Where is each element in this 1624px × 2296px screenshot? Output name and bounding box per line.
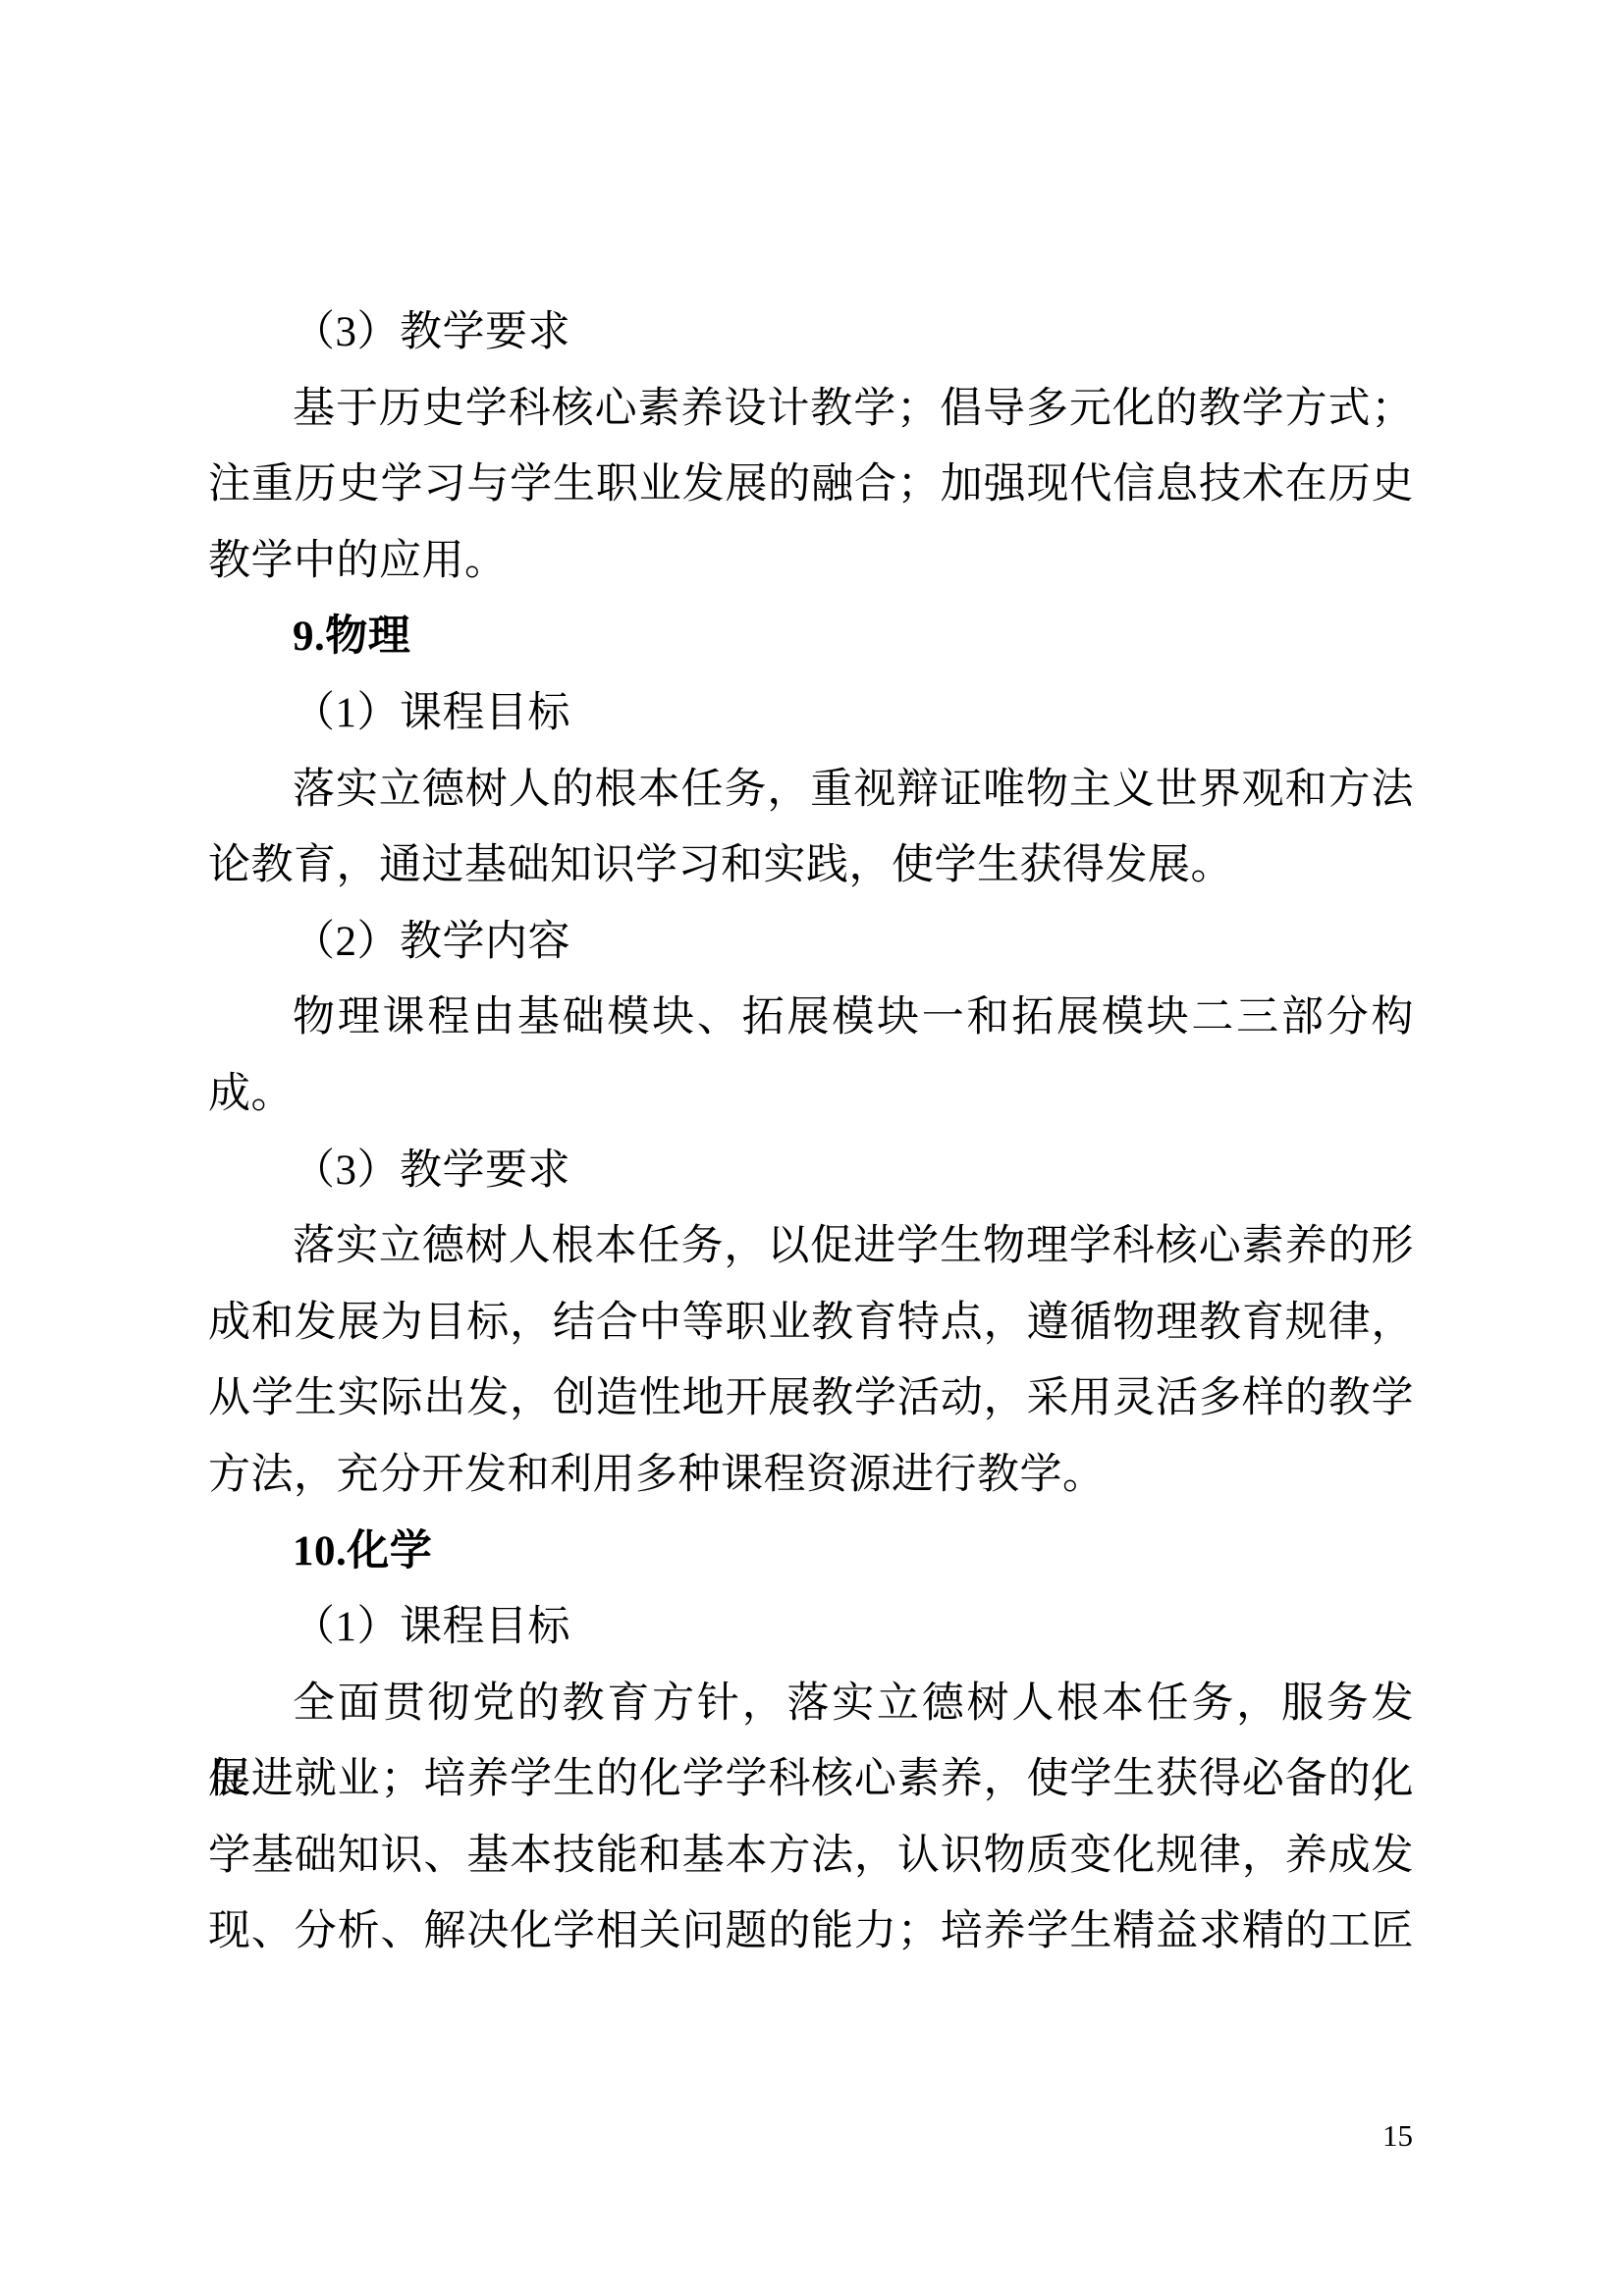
heading-line: （2）教学内容 xyxy=(208,904,1414,981)
text-line: 论教育，通过基础知识学习和实践，使学生获得发展。 xyxy=(208,828,1414,904)
text-line: 成。 xyxy=(208,1056,1414,1133)
page-number: 15 xyxy=(1382,2116,1413,2156)
heading-line: （1）课程目标 xyxy=(208,1589,1414,1666)
text-line: 全面贯彻党的教育方针，落实立德树人根本任务，服务发展， xyxy=(208,1666,1414,1742)
text-line: 物理课程由基础模块、拓展模块一和拓展模块二三部分构 xyxy=(208,980,1414,1056)
text-line: 学基础知识、基本技能和基本方法，认识物质变化规律，养成发 xyxy=(208,1818,1414,1895)
text-line: 方法，充分开发和利用多种课程资源进行教学。 xyxy=(208,1437,1414,1514)
text-line: 促进就业；培养学生的化学学科核心素养，使学生获得必备的化 xyxy=(208,1741,1414,1818)
heading-line: （1）课程目标 xyxy=(208,675,1414,752)
heading-line: （3）教学要求 xyxy=(208,294,1414,371)
text-line: 成和发展为目标，结合中等职业教育特点，遵循物理教育规律， xyxy=(208,1285,1414,1362)
text-line: 教学中的应用。 xyxy=(208,523,1414,600)
text-line: 注重历史学习与学生职业发展的融合；加强现代信息技术在历史 xyxy=(208,447,1414,523)
text-line: 落实立德树人的根本任务，重视辩证唯物主义世界观和方法 xyxy=(208,752,1414,828)
heading-line: 10.化学 xyxy=(208,1514,1414,1590)
text-line: 落实立德树人根本任务，以促进学生物理学科核心素养的形 xyxy=(208,1208,1414,1285)
heading-line: （3）教学要求 xyxy=(208,1133,1414,1209)
text-line: 基于历史学科核心素养设计教学；倡导多元化的教学方式； xyxy=(208,371,1414,448)
text-line: 从学生实际出发，创造性地开展教学活动，采用灵活多样的教学 xyxy=(208,1361,1414,1437)
document-body: （3）教学要求基于历史学科核心素养设计教学；倡导多元化的教学方式；注重历史学习与… xyxy=(208,294,1414,1970)
heading-line: 9.物理 xyxy=(208,599,1414,675)
text-line: 现、分析、解决化学相关问题的能力；培养学生精益求精的工匠 xyxy=(208,1894,1414,1970)
document-page: （3）教学要求基于历史学科核心素养设计教学；倡导多元化的教学方式；注重历史学习与… xyxy=(0,0,1624,2296)
